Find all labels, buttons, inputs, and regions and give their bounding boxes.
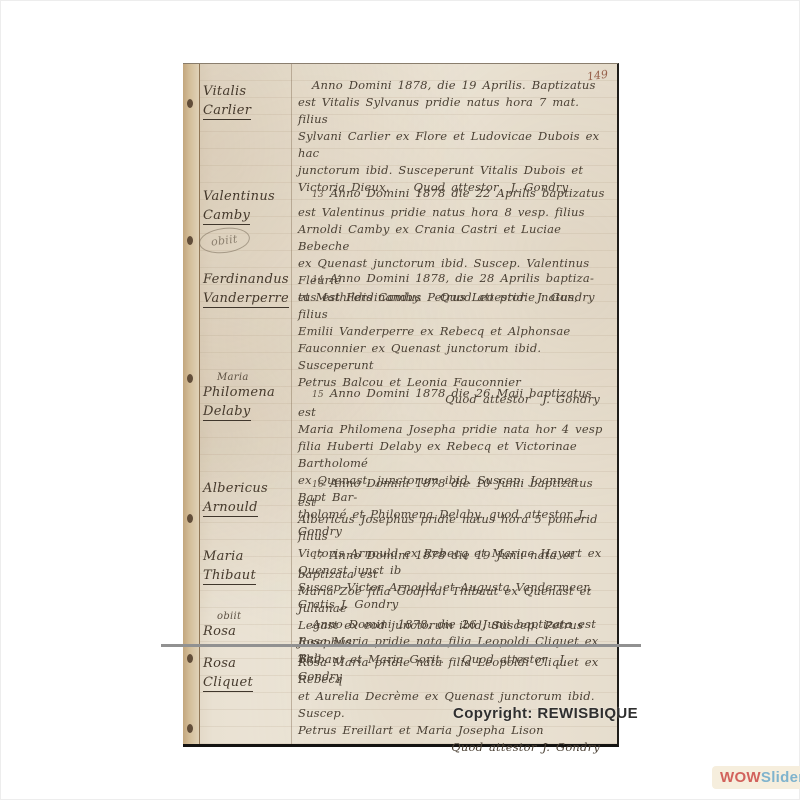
- margin-column-rule: [291, 64, 292, 744]
- entry-record-text: Anno Domini 1878, die 19 Aprilis. Baptiz…: [298, 77, 606, 196]
- record-line: 13Anno Domini 1878 die 22 Aprilis baptiz…: [298, 185, 606, 204]
- binding-strip: [183, 64, 200, 744]
- margin-name: Philomena: [203, 383, 289, 402]
- record-line: 16Anno Domini 1878 die 10 Junii baptizat…: [298, 475, 606, 511]
- margin-name: Rosa: [203, 654, 289, 673]
- margin-name: Delaby: [203, 402, 289, 421]
- margin-name: obiit: [217, 612, 289, 622]
- margin-name: Thibaut: [203, 566, 289, 585]
- margin-name: Cliquet: [203, 673, 289, 692]
- record-line: Fauconnier ex Quenast junctorum ibid. Su…: [298, 340, 606, 374]
- binding-stitch: [187, 514, 193, 523]
- entry-margin-names: obiitRosa: [203, 612, 289, 641]
- margin-name: Arnould: [203, 498, 289, 517]
- entry-number: 14: [312, 275, 324, 285]
- scan-canvas: 149 VitalisCarlierAnno Domini 1878, die …: [0, 0, 800, 800]
- entry-margin-names: MariaPhilomenaDelaby: [203, 373, 289, 421]
- binding-stitch: [187, 654, 193, 663]
- obiit-note: obiit: [198, 225, 251, 256]
- margin-name: Vitalis: [203, 82, 289, 101]
- entry-number: 15: [312, 390, 324, 400]
- scan-seam-line: [161, 644, 641, 647]
- entry-margin-names: VitalisCarlier: [203, 82, 289, 120]
- record-line: Albericus Josephus pridie natus hora 5 p…: [298, 511, 606, 545]
- binding-stitch: [187, 724, 193, 733]
- wowslider-badge[interactable]: WOWSlider: [712, 766, 800, 789]
- record-line: 14Anno Domini 1878, die 28 Aprilis bapti…: [298, 270, 606, 289]
- record-line: filia Huberti Delaby ex Rebecq et Victor…: [298, 438, 606, 472]
- entry-margin-names: MariaThibaut: [203, 547, 289, 585]
- copyright-watermark: Copyright: REWISBIQUE: [453, 705, 638, 722]
- record-line: Petrus Ereillart et Maria Josepha Lison: [298, 722, 606, 739]
- margin-name: Maria: [217, 373, 289, 383]
- wowslider-slider-label: Slider: [761, 769, 800, 786]
- record-line: Emilii Vanderperre ex Rebecq et Alphonsa…: [298, 323, 606, 340]
- record-line: junctorum ibid. Susceperunt Vitalis Dubo…: [298, 162, 606, 179]
- record-line: 15Anno Domini 1878 die 26 Maii baptizatu…: [298, 385, 606, 421]
- entry-number: 17: [312, 552, 324, 562]
- margin-name: Maria: [203, 547, 289, 566]
- record-line: tus est Ferdinandus Petrus Leo pridie na…: [298, 289, 606, 323]
- entry-margin-names: FerdinandusVanderperre: [203, 270, 289, 308]
- record-line: Arnoldi Camby ex Crania Castri et Luciae…: [298, 221, 606, 255]
- record-line: Anno Domini 1878, die 26 Junii baptizata…: [298, 616, 606, 633]
- record-line: Rosa Maria pridie nata filia Leopoldi Cl…: [298, 654, 606, 688]
- binding-stitch: [187, 99, 193, 108]
- entry-margin-names: AlbericusArnould: [203, 479, 289, 517]
- record-line: est Vitalis Sylvanus pridie natus hora 7…: [298, 94, 606, 128]
- record-line: Anno Domini 1878, die 19 Aprilis. Baptiz…: [298, 77, 606, 94]
- margin-name: Carlier: [203, 101, 289, 120]
- record-line: 17Anno Domini 1878 die 19 Junii nata et …: [298, 547, 606, 583]
- margin-name: Valentinus: [203, 187, 289, 206]
- entry-margin-names: ValentinusCambyobiit: [203, 187, 289, 253]
- entry-number: 16: [312, 480, 324, 490]
- record-line: Maria Philomena Josepha pridie nata hor …: [298, 421, 606, 438]
- margin-name: Albericus: [203, 479, 289, 498]
- entry-number: 13: [312, 190, 324, 200]
- binding-stitch: [187, 374, 193, 383]
- record-line: est Valentinus pridie natus hora 8 vesp.…: [298, 204, 606, 221]
- margin-name: Camby: [203, 206, 289, 225]
- margin-name: Ferdinandus: [203, 270, 289, 289]
- record-line: Quod attestor J. Gondry: [298, 739, 606, 756]
- record-line: Maria Zoé filia Godfridi Thibaut ex Quen…: [298, 583, 606, 617]
- wowslider-wow-label: WOW: [720, 769, 761, 786]
- entry-margin-names: RosaCliquet: [203, 654, 289, 692]
- binding-stitch: [187, 236, 193, 245]
- margin-name: Rosa: [203, 622, 289, 641]
- margin-name: Vanderperre: [203, 289, 289, 308]
- record-line: Sylvani Carlier ex Flore et Ludovicae Du…: [298, 128, 606, 162]
